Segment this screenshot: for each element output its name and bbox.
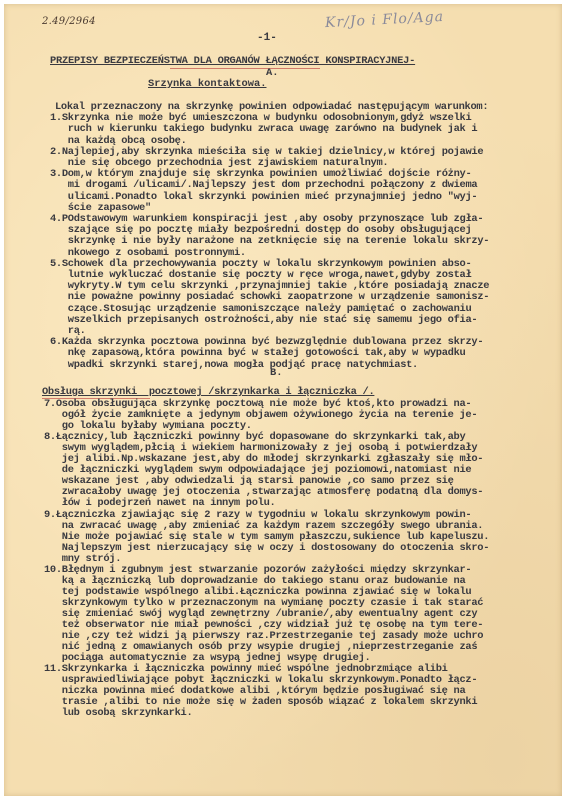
text-line: 1.Skrzynka nie może być umieszczona w bu… <box>50 112 471 124</box>
text-line: 5.Schowek dla przechowywania poczty w lo… <box>50 258 471 270</box>
page-number: -1- <box>257 32 277 44</box>
text-line: nkowego z osobami postronnymi. <box>50 247 246 259</box>
text-line: 6.Każda skrzynka pocztowa powinna być be… <box>50 336 483 348</box>
section-b-label: B. <box>270 367 282 379</box>
text-line: Lokal przeznaczony na skrzynkę powinien … <box>55 101 488 113</box>
document-title: PRZEPISY BEZPIECZEŃSTWA DLA ORGANÓW ŁĄCZ… <box>50 55 415 67</box>
text-line: nkę zapasową,która powinna być w stałej … <box>50 347 465 359</box>
text-line: lub osobą skrzynkarki. <box>44 707 192 719</box>
text-line: szające się po pocztę miały bezpośredni … <box>50 224 471 236</box>
text-line: lutnie wykluczać dostanie się poczty w r… <box>50 269 471 281</box>
text-line: ście zapasowe" <box>50 202 151 214</box>
text-line: skrzynkę i nie były narażone na zetknięc… <box>50 235 489 247</box>
text-line: czące.Stosując urządzenie samoniszczące … <box>50 303 471 315</box>
section-a-title: Srzynka kontaktowa. <box>148 78 266 90</box>
text-line: ulicami.Ponadto lokal skrzynki powinien … <box>50 191 477 203</box>
text-line: wpadki skrzynki starej,nowa mogła podjąć… <box>50 359 418 371</box>
text-line: 2.Najlepiej,aby skrzynka mieściła się w … <box>50 146 483 158</box>
text-line: 4.POdstawowym warunkiem konspiracji jest… <box>50 213 483 225</box>
text-line: na każdą obcą osobę. <box>50 135 187 147</box>
text-line: wykryty.W tym celu skrzynki ,przynajmnie… <box>50 280 489 292</box>
text-line: rą. <box>50 325 86 337</box>
section-b-title: Obsługa skrzynki pocztowej /skrzynkarka … <box>42 386 374 398</box>
archive-number: 2.49/2964 <box>42 16 96 27</box>
text-line: 3.Dom,w którym znajduje się skrzynka pow… <box>50 168 471 180</box>
text-line: mi drogami /ulicami/.Najlepszy jest dom … <box>50 179 477 191</box>
text-line: nie poważne powinny posiadać schowki zao… <box>50 291 489 303</box>
red-underline-mark <box>170 68 320 69</box>
text-line: nie się obcego przechodnia jest zjawiski… <box>50 157 388 169</box>
section-a-label: A. <box>266 67 278 79</box>
text-line: wszelkich przepisanych ostrożności,aby n… <box>50 314 477 326</box>
text-line: ruch w kierunku takiego budynku zwraca u… <box>50 123 477 135</box>
